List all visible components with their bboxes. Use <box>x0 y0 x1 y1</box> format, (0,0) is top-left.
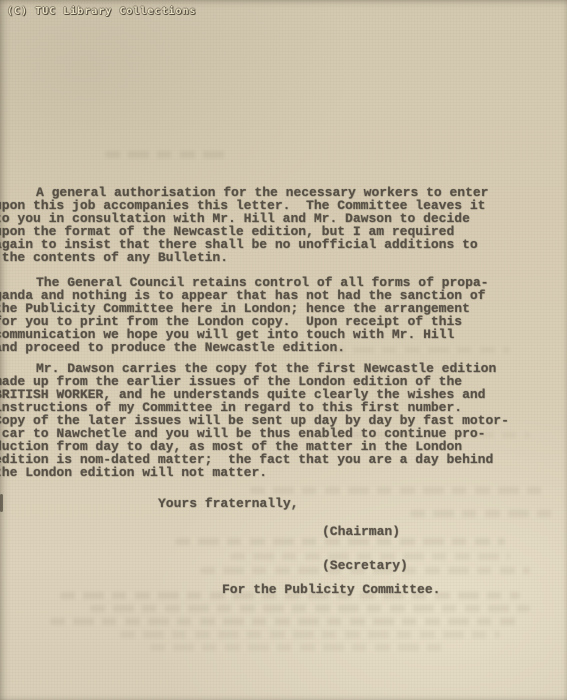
paragraph-3: Mr. Dawson carries the copy fot the firs… <box>0 362 567 479</box>
archive-watermark: (C) TUC Library Collections <box>7 6 197 18</box>
signature-chairman: (Chairman) <box>322 525 400 538</box>
scan-edge-artifact <box>0 494 3 512</box>
valediction: Yours fraternally, <box>158 497 298 510</box>
bleedthrough-smudge <box>120 631 500 638</box>
bleedthrough-smudge <box>410 510 555 517</box>
scanned-letter-page: (C) TUC Library Collections A general au… <box>0 0 567 700</box>
letter-line: the contents of any Bulletin. <box>0 251 567 264</box>
paragraph-2: The General Council retains control of a… <box>0 276 567 354</box>
paragraph-1: A general authorisation for the necessar… <box>0 186 567 264</box>
bleedthrough-smudge <box>150 644 450 651</box>
bleedthrough-smudge <box>250 487 550 494</box>
committee-attribution: For the Publicity Committee. <box>222 583 440 596</box>
signature-secretary: (Secretary) <box>322 559 408 572</box>
letter-line: and proceed to produce the Newcastle edi… <box>0 341 567 354</box>
bleedthrough-smudge <box>90 605 530 612</box>
letter-line: the London edition will not matter. <box>0 466 567 479</box>
bleedthrough-smudge <box>105 151 230 158</box>
bleedthrough-smudge <box>175 538 505 545</box>
bleedthrough-smudge <box>50 618 520 625</box>
